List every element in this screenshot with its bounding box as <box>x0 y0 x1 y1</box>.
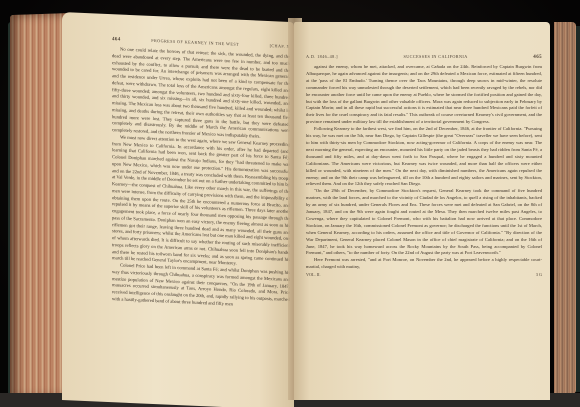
right-page-footer: VOL. II. 3 G <box>306 272 542 277</box>
right-page-number: 465 <box>533 55 542 60</box>
right-page-content: A.D. 1846–48.] SUCCESSES IN CALIFORNIA 4… <box>306 54 542 277</box>
left-paragraph-1: No one could relate the horrors of that … <box>112 46 290 142</box>
right-running-head: A.D. 1846–48.] SUCCESSES IN CALIFORNIA 4… <box>306 54 542 60</box>
left-paragraph-3: Colonel Price had been left in command a… <box>112 262 290 310</box>
gathering-signature: 3 G <box>536 272 542 277</box>
right-running-title: SUCCESSES IN CALIFORNIA <box>404 54 468 59</box>
right-paragraph-2: Following Kearney to the farthest west, … <box>306 126 542 188</box>
right-page: A.D. 1846–48.] SUCCESSES IN CALIFORNIA 4… <box>294 22 550 400</box>
right-date-mark: A.D. 1846–48.] <box>306 54 338 59</box>
right-paragraph-3: "On the 29th of December, by Commodore S… <box>306 188 542 257</box>
left-page-content: 464 PROGRESS OF KEARNEY IN THE WEST [Cha… <box>112 36 290 310</box>
left-running-title: PROGRESS OF KEARNEY IN THE WEST <box>151 38 239 47</box>
right-paragraph-1: against the enemy, whom he met, attacked… <box>306 64 542 126</box>
page-edges-right <box>554 22 576 394</box>
left-chapter-mark: [Chap. x <box>270 43 290 49</box>
left-page-number: 464 <box>112 37 121 42</box>
left-paragraph-2: We must now direct attention to the west… <box>112 134 290 270</box>
left-page: 464 PROGRESS OF KEARNEY IN THE WEST [Cha… <box>62 12 294 407</box>
right-paragraph-4: Here Fremont was arrested, "and at Fort … <box>306 257 542 271</box>
volume-signature: VOL. II. <box>306 272 321 277</box>
